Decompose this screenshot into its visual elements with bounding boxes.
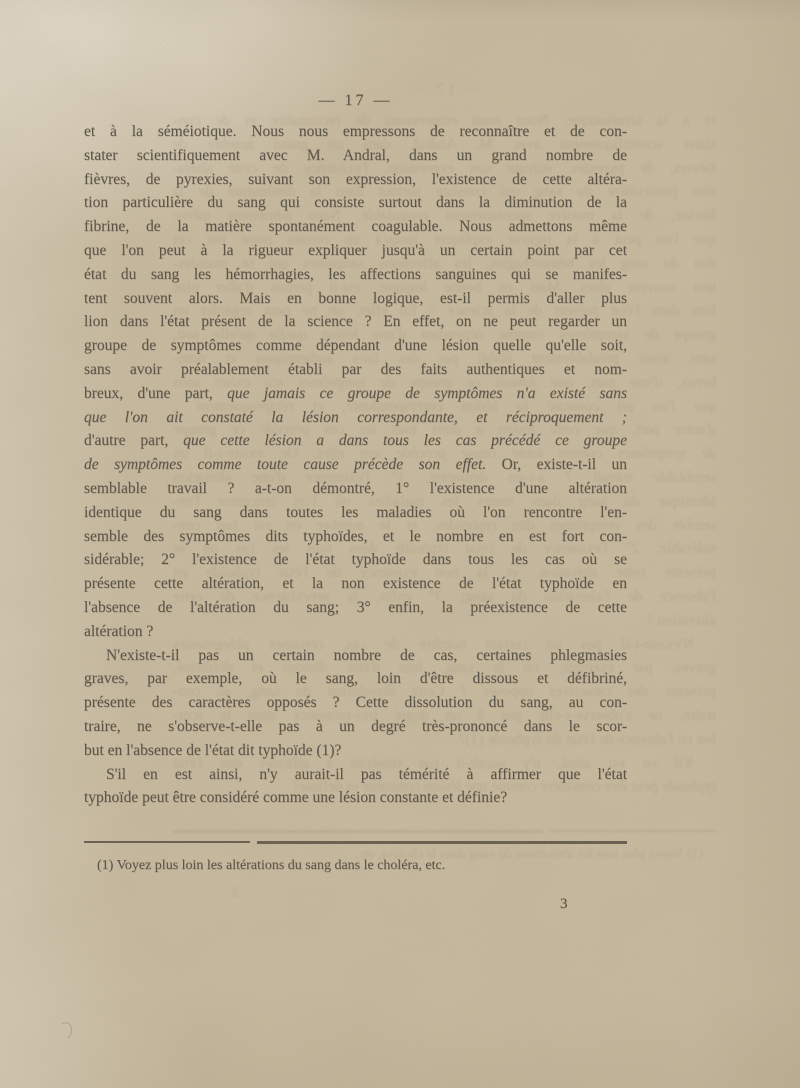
body-line-segment: fièvres, de pyrexies, suivant son expres… [84, 171, 627, 188]
body-line-italic-segment: que l'on ait constaté la lésion correspo… [84, 409, 627, 426]
footnote: (1) Voyez plus loin les altérations du s… [84, 856, 627, 876]
body-text: et à la séméiotique. Nous nous empresson… [84, 120, 627, 810]
body-line-segment: sidérable; 2° l'existence de l'état typh… [84, 551, 627, 568]
body-line-segment: typhoïde peut être considéré comme une l… [84, 789, 507, 806]
body-line: fièvres, de pyrexies, suivant son expres… [84, 168, 627, 192]
body-line-segment: identique du sang dans toutes les maladi… [84, 504, 627, 521]
body-line: présente cette altération, et la non exi… [84, 572, 627, 596]
body-line: S'il en est ainsi, n'y aurait-il pas tém… [84, 763, 627, 787]
body-line-italic-segment: que jamais ce groupe de symptômes n'a ex… [227, 385, 627, 402]
body-line-segment: Or, existe-t-il un [486, 456, 627, 473]
signature-mark: 3 [560, 896, 568, 913]
body-line: altération ? [84, 620, 627, 644]
body-line: tion particulière du sang qui consiste s… [84, 191, 627, 215]
body-line: breux, d'une part, que jamais ce groupe … [84, 382, 627, 406]
body-line: état du sang les hémorrhagies, les affec… [84, 263, 627, 287]
page-number: — 17 — [84, 92, 627, 110]
body-line-segment: graves, par exemple, où le sang, loin d'… [84, 670, 627, 687]
body-line-segment: l'absence de l'altération du sang; 3° en… [84, 599, 627, 616]
body-line: que l'on ait constaté la lésion correspo… [84, 406, 627, 430]
body-line-segment: présente des caractères opposés ? Cette … [84, 694, 627, 711]
body-line: et à la séméiotique. Nous nous empresson… [84, 120, 627, 144]
body-line: graves, par exemple, où le sang, loin d'… [84, 667, 627, 691]
footnote-separator-segment [84, 841, 250, 843]
body-line-segment: tion particulière du sang qui consiste s… [84, 194, 627, 211]
body-line-segment: sans avoir préalablement établi par des … [84, 361, 627, 378]
body-line-segment: fibrine, de la matière spontanément coag… [84, 218, 627, 235]
scanned-book-page: — 17 — et à la séméiotique. Nous nous em… [0, 0, 800, 1088]
body-line: groupe de symptômes comme dépendant d'un… [84, 334, 627, 358]
body-line-segment: but en l'absence de l'état dit typhoïde … [84, 742, 341, 759]
body-line: de symptômes comme toute cause précède s… [84, 453, 627, 477]
body-line-segment: d'autre part, [84, 432, 183, 449]
body-line-segment: que l'on peut à la rigueur expliquer jus… [84, 242, 627, 259]
body-line-segment: N'existe-t-il pas un certain nombre de c… [106, 647, 627, 664]
body-line-segment: état du sang les hémorrhagies, les affec… [84, 266, 627, 283]
body-line: identique du sang dans toutes les maladi… [84, 501, 627, 525]
footnote-separator-segment [257, 841, 627, 844]
body-line: l'absence de l'altération du sang; 3° en… [84, 596, 627, 620]
body-line: semble des symptômes dits typhoïdes, et … [84, 525, 627, 549]
body-line: semblable travail ? a-t-on démontré, 1° … [84, 477, 627, 501]
body-line: d'autre part, que cette lésion a dans to… [84, 429, 627, 453]
body-line-segment: semble des symptômes dits typhoïdes, et … [84, 528, 627, 545]
body-line: que l'on peut à la rigueur expliquer jus… [84, 239, 627, 263]
body-line: présente des caractères opposés ? Cette … [84, 691, 627, 715]
page-content: — 17 — et à la séméiotique. Nous nous em… [0, 0, 800, 1088]
body-line: tent souvent alors. Mais en bonne logiqu… [84, 287, 627, 311]
pen-mark [56, 1021, 74, 1042]
body-line-segment: altération ? [84, 623, 153, 640]
body-line: but en l'absence de l'état dit typhoïde … [84, 739, 627, 763]
body-line: fibrine, de la matière spontanément coag… [84, 215, 627, 239]
body-line: typhoïde peut être considéré comme une l… [84, 786, 627, 810]
body-line-segment: lion dans l'état présent de la science ?… [84, 313, 627, 330]
body-line-segment: breux, d'une part, [84, 385, 227, 402]
body-line: N'existe-t-il pas un certain nombre de c… [84, 644, 627, 668]
body-line-segment: stater scientifiquement avec M. Andral, … [84, 147, 627, 164]
footnote-separator [84, 841, 627, 844]
body-line-segment: semblable travail ? a-t-on démontré, 1° … [84, 480, 627, 497]
body-line-segment: présente cette altération, et la non exi… [84, 575, 627, 592]
body-line: stater scientifiquement avec M. Andral, … [84, 144, 627, 168]
body-line-segment: et à la séméiotique. Nous nous empresson… [84, 123, 627, 140]
body-line: traire, ne s'observe-t-elle pas à un deg… [84, 715, 627, 739]
body-line: sidérable; 2° l'existence de l'état typh… [84, 548, 627, 572]
body-line-segment: traire, ne s'observe-t-elle pas à un deg… [84, 718, 627, 735]
body-line-italic-segment: que cette lésion a dans tous les cas pré… [183, 432, 627, 449]
body-line-segment: S'il en est ainsi, n'y aurait-il pas tém… [106, 766, 627, 783]
body-line: sans avoir préalablement établi par des … [84, 358, 627, 382]
body-line: lion dans l'état présent de la science ?… [84, 310, 627, 334]
body-line-segment: groupe de symptômes comme dépendant d'un… [84, 337, 627, 354]
body-line-italic-segment: de symptômes comme toute cause précède s… [84, 456, 486, 473]
body-line-segment: tent souvent alors. Mais en bonne logiqu… [84, 290, 627, 307]
